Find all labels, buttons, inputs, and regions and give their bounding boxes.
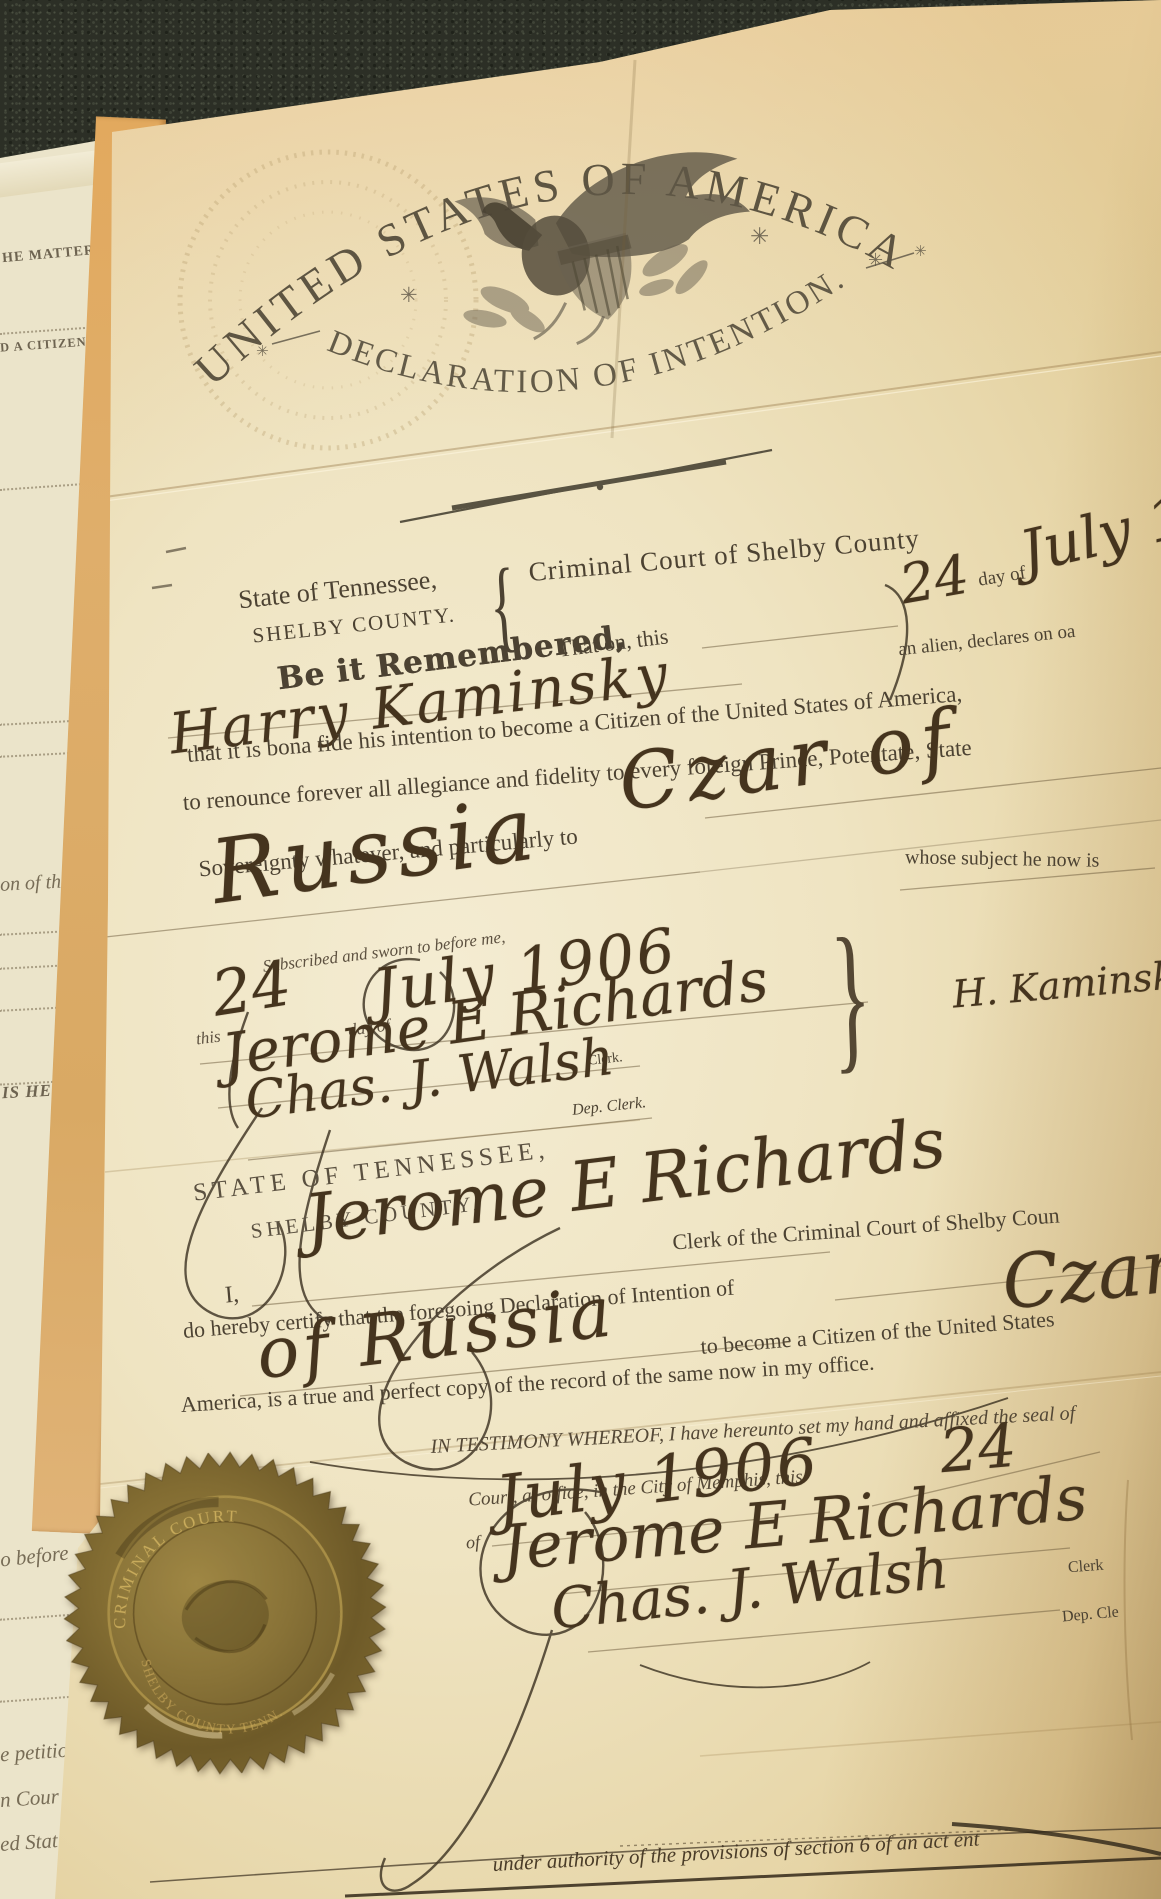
gold-seal: CRIMINAL COURT SHELBY COUNTY TENN. bbox=[48, 1436, 402, 1790]
i-label: I, bbox=[224, 1281, 240, 1309]
left-page-fragment: n Cour bbox=[0, 1784, 60, 1813]
day-handwritten: 24 bbox=[895, 543, 974, 617]
svg-text:✳: ✳ bbox=[400, 283, 418, 307]
of-label: of bbox=[465, 1532, 480, 1554]
bottom-clerk-label: Clerk bbox=[1067, 1557, 1104, 1577]
margin-tick-marks bbox=[152, 548, 186, 588]
whose-subject-line: whose subject he now is bbox=[905, 846, 1100, 872]
left-page-dotted-line bbox=[0, 1695, 80, 1703]
divider-ornament bbox=[400, 450, 772, 522]
svg-text:✳: ✳ bbox=[868, 250, 883, 271]
photo-of-declaration-document: HE MATTER OF D A CITIZEN OF TH on of the… bbox=[0, 0, 1161, 1899]
svg-text:✳: ✳ bbox=[750, 224, 769, 250]
left-page-fragment: e petitio bbox=[0, 1738, 69, 1768]
closing-brace-glyph: } bbox=[828, 901, 874, 1092]
left-page-fragment: ed Stat bbox=[0, 1828, 59, 1857]
svg-text:✳: ✳ bbox=[256, 342, 269, 360]
left-page-fragment: IS HE bbox=[2, 1081, 53, 1104]
svg-text:✳: ✳ bbox=[914, 242, 927, 260]
